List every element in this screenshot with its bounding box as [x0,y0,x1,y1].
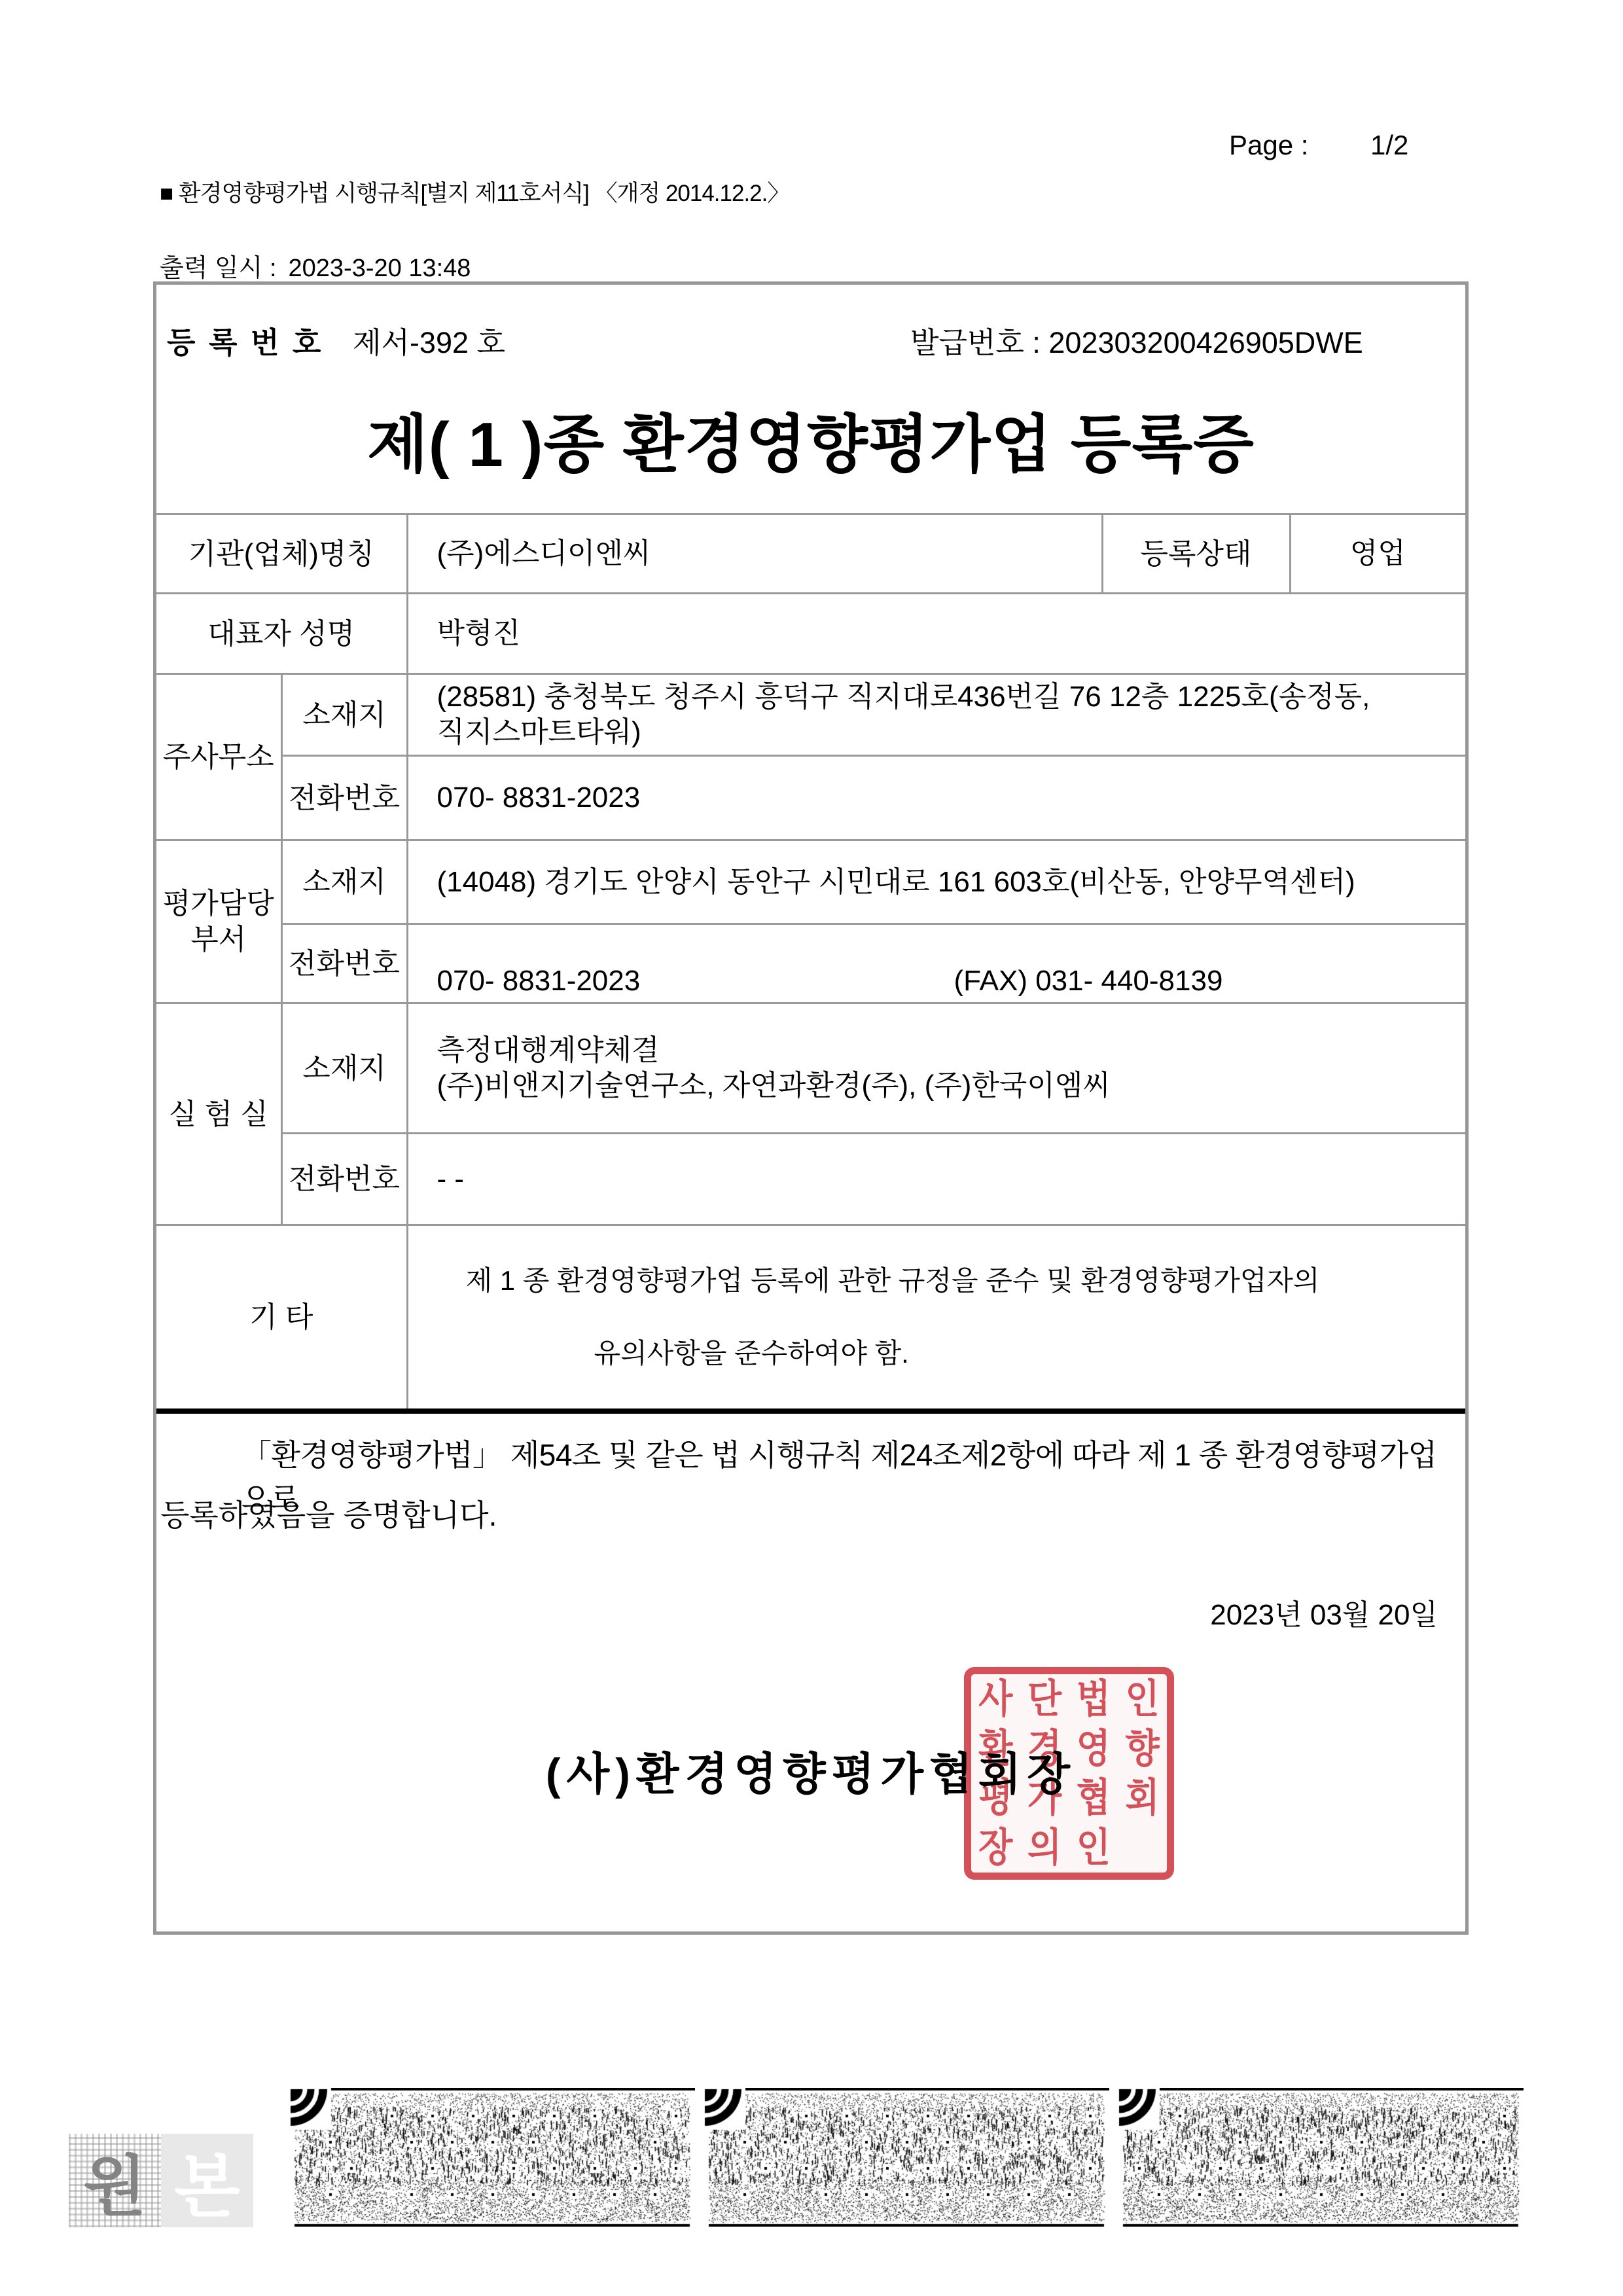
etc-value: 제 1 종 환경영향평가업 등록에 관한 규정을 준수 및 환경영향평가업자의 … [407,1225,1465,1412]
original-stamp-char-2: 본 [161,2134,253,2227]
original-stamp-char-1: 원 [69,2134,161,2227]
seal-glyph: 인 [1126,1679,1160,1719]
seal-glyph: 인 [1077,1828,1111,1867]
seal-glyph: 장 [978,1828,1012,1867]
page-number-label: Page : [1229,130,1308,161]
print-datetime: 출력 일시 :2023-3-20 13:48 [160,247,471,283]
seal-glyph: 법 [1077,1679,1111,1719]
org-name-value: (주)에스디이엔씨 [407,514,1102,594]
lab-address-label: 소재지 [281,1003,407,1134]
certificate-table: 기관(업체)명칭 (주)에스디이엔씨 등록상태 영업 대표자 성명 박형진 주사… [156,513,1465,1414]
table-row: 대표자 성명 박형진 [156,594,1465,674]
table-row: 주사무소 소재지 (28581) 충청북도 청주시 흥덕구 직지대로436번길 … [156,674,1465,756]
head-office-tel-label: 전화번호 [281,756,407,840]
head-office-tel-value: 070- 8831-2023 [407,756,1465,840]
registration-number-value: 제서-392 호 [353,319,505,361]
certificate-title: 제( 1 )종 환경영향평가업 등록증 [156,395,1465,484]
table-row: 전화번호 070- 8831-2023 [156,756,1465,840]
dept-address-label: 소재지 [281,840,407,924]
issue-number-value: 202303200426905DWE [1048,326,1363,359]
table-row: 기관(업체)명칭 (주)에스디이엔씨 등록상태 영업 [156,514,1465,594]
table-row: 기 타 제 1 종 환경영향평가업 등록에 관한 규정을 준수 및 환경영향평가… [156,1225,1465,1412]
statement-line-2: 등록하였음을 증명합니다. [160,1492,497,1535]
seal-glyph: 사 [978,1679,1012,1719]
head-office-address-label: 소재지 [281,674,407,756]
dept-address-value: (14048) 경기도 안양시 동안구 시민대로 161 603호(비산동, 안… [407,840,1465,924]
lab-tel-label: 전화번호 [281,1134,407,1225]
head-office-address-value: (28581) 충청북도 청주시 흥덕구 직지대로436번길 76 12층 12… [407,674,1465,756]
issue-number-label: 발급번호 : [910,326,1041,359]
table-row: 전화번호 070- 8831-2023(FAX) 031- 440-8139 [156,924,1465,1003]
registration-number-label: 등 록 번 호 [167,319,323,361]
table-row: 평가담당 부서 소재지 (14048) 경기도 안양시 동안구 시민대로 161… [156,840,1465,924]
status-value: 영업 [1290,514,1465,594]
assessment-dept-label: 평가담당 부서 [156,840,281,1003]
dept-fax-number: (FAX) 031- 440-8139 [954,965,1223,997]
etc-label: 기 타 [156,1225,407,1412]
org-name-label: 기관(업체)명칭 [156,514,407,594]
dept-tel-label: 전화번호 [281,924,407,1003]
print-datetime-value: 2023-3-20 13:48 [289,255,471,282]
etc-line-2: 유의사항을 준수하여야 함. [594,1335,1465,1372]
lab-tel-value: - - [407,1134,1465,1225]
etc-line-1: 제 1 종 환경영향평가업 등록에 관한 규정을 준수 및 환경영향평가업자의 [466,1262,1465,1300]
form-reference-note: ■ 환경영향평가법 시행규칙[별지 제11호서식] 〈개정 2014.12.2.… [160,175,789,208]
issue-number: 발급번호 : 202303200426905DWE [910,319,1363,361]
ceo-name-label: 대표자 성명 [156,594,407,674]
registration-number-row: 등 록 번 호 제서-392 호 발급번호 : 202303200426905D… [156,319,1465,358]
seal-glyph: 단 [1027,1679,1061,1719]
seal-glyph: 의 [1027,1828,1061,1867]
page-number-value: 1/2 [1370,130,1408,161]
table-row: 실 험 실 소재지 측정대행계약체결 (주)비앤지기술연구소, 자연과환경(주)… [156,1003,1465,1134]
original-watermark-stamp: 원 본 [69,2134,253,2227]
laboratory-label: 실 험 실 [156,1003,281,1225]
ceo-name-value: 박형진 [407,594,1465,674]
print-datetime-label: 출력 일시 : [160,255,277,282]
issue-date: 2023년 03월 20일 [1210,1591,1438,1633]
issuer-title: (사)환경영향평가협회장 [156,1739,1465,1803]
dept-tel-number: 070- 8831-2023 [437,963,954,999]
certificate-box: 등 록 번 호 제서-392 호 발급번호 : 202303200426905D… [153,281,1469,1935]
security-noise-block-2 [704,2088,1109,2227]
status-label: 등록상태 [1102,514,1290,594]
table-row: 전화번호 - - [156,1134,1465,1225]
security-noise-block-1 [289,2088,695,2227]
security-noise-block-3 [1118,2088,1524,2227]
head-office-label: 주사무소 [156,674,281,840]
dept-tel-value: 070- 8831-2023(FAX) 031- 440-8139 [407,924,1465,1003]
lab-address-value: 측정대행계약체결 (주)비앤지기술연구소, 자연과환경(주), (주)한국이엠씨 [407,1003,1465,1134]
